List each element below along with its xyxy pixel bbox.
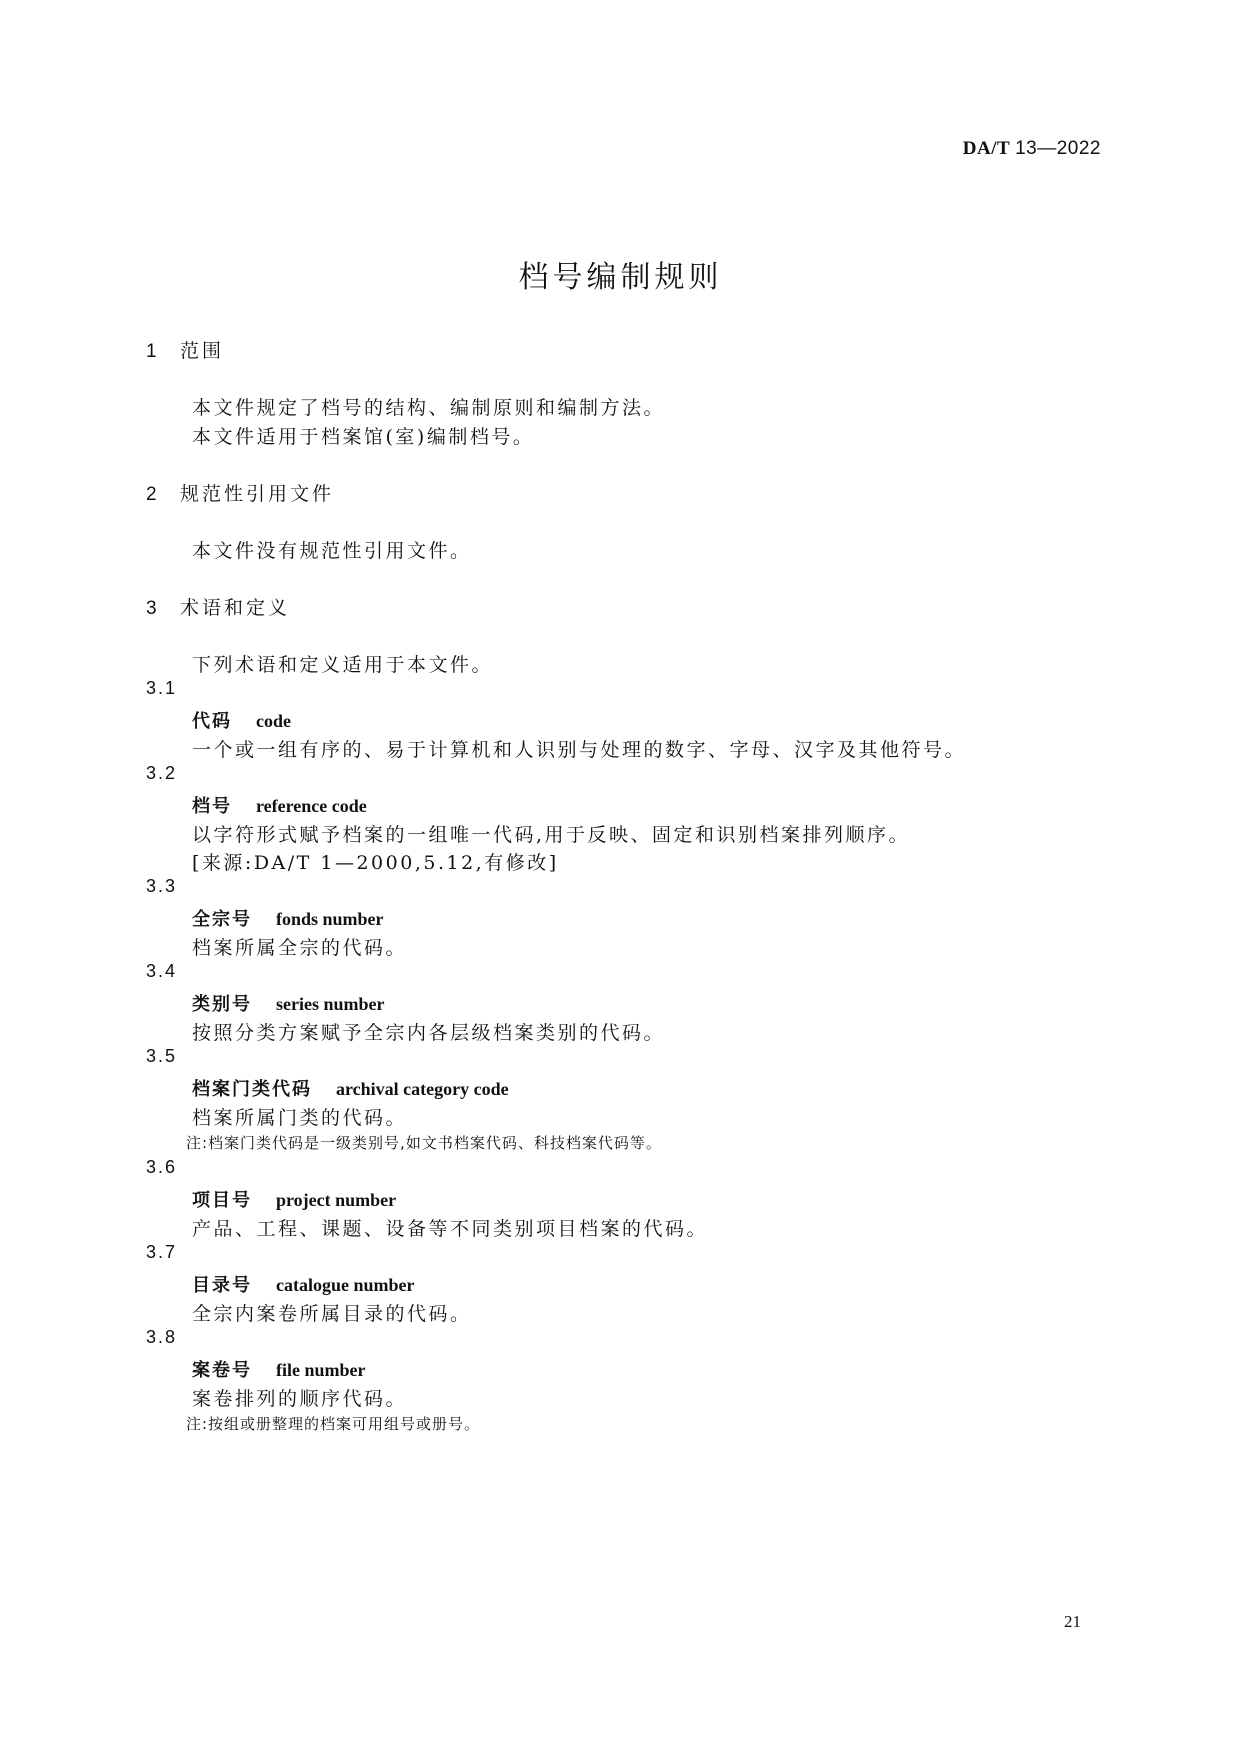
term-en: fonds number — [276, 909, 384, 929]
term-zh: 代码 — [192, 711, 232, 732]
section-title: 规范性引用文件 — [180, 483, 334, 505]
section-3-heading: 3术语和定义 — [146, 593, 290, 620]
term-definition: 产品、工程、课题、设备等不同类别项目档案的代码。 — [192, 1214, 708, 1241]
term-zh: 项目号 — [192, 1190, 252, 1211]
section-title: 范围 — [180, 340, 224, 362]
term-zh: 目录号 — [192, 1275, 252, 1296]
term-title: 档号reference code — [192, 792, 367, 818]
section-1-paragraph-1: 本文件规定了档号的结构、编制原则和编制方法。 — [192, 393, 665, 420]
term-number: 3.2 — [146, 763, 177, 784]
term-zh: 全宗号 — [192, 909, 252, 930]
section-number: 2 — [146, 484, 180, 506]
term-number: 3.3 — [146, 876, 177, 897]
section-2-paragraph-1: 本文件没有规范性引用文件。 — [192, 536, 472, 563]
term-definition: 档案所属门类的代码。 — [192, 1103, 407, 1130]
term-number: 3.6 — [146, 1157, 177, 1178]
term-number: 3.4 — [146, 961, 177, 982]
term-title: 全宗号fonds number — [192, 905, 384, 931]
term-number: 3.7 — [146, 1242, 177, 1263]
term-zh: 案卷号 — [192, 1360, 252, 1381]
term-number: 3.8 — [146, 1327, 177, 1348]
section-number: 1 — [146, 341, 180, 363]
term-zh: 档号 — [192, 796, 232, 817]
term-source: [来源:DA/T 1—2000,5.12,有修改] — [192, 848, 559, 875]
standard-prefix: DA/T — [963, 138, 1010, 159]
term-title: 目录号catalogue number — [192, 1271, 415, 1297]
term-number: 3.5 — [146, 1046, 177, 1067]
term-definition: 一个或一组有序的、易于计算机和人识别与处理的数字、字母、汉字及其他符号。 — [192, 735, 966, 762]
term-zh: 档案门类代码 — [192, 1079, 312, 1100]
term-zh: 类别号 — [192, 994, 252, 1015]
term-title: 案卷号file number — [192, 1356, 366, 1382]
term-definition: 全宗内案卷所属目录的代码。 — [192, 1299, 472, 1326]
term-number: 3.1 — [146, 678, 177, 699]
term-en: catalogue number — [276, 1275, 415, 1295]
term-title: 项目号project number — [192, 1186, 396, 1212]
term-definition: 档案所属全宗的代码。 — [192, 933, 407, 960]
term-note: 注:按组或册整理的档案可用组号或册号。 — [186, 1413, 480, 1434]
term-note: 注:档案门类代码是一级类别号,如文书档案代码、科技档案代码等。 — [186, 1132, 662, 1153]
standard-number: 13—2022 — [1015, 138, 1101, 159]
term-title: 类别号series number — [192, 990, 384, 1016]
term-definition: 案卷排列的顺序代码。 — [192, 1384, 407, 1411]
standard-code: DA/T 13—2022 — [963, 138, 1101, 160]
term-definition: 以字符形式赋予档案的一组唯一代码,用于反映、固定和识别档案排列顺序。 — [192, 820, 910, 847]
term-en: file number — [276, 1360, 366, 1380]
term-en: series number — [276, 994, 384, 1014]
term-en: reference code — [256, 796, 367, 816]
section-2-heading: 2规范性引用文件 — [146, 479, 334, 506]
section-number: 3 — [146, 598, 180, 620]
page-number: 21 — [1064, 1612, 1081, 1632]
document-page: DA/T 13—2022 档号编制规则 1范围 本文件规定了档号的结构、编制原则… — [0, 0, 1241, 1754]
section-1-heading: 1范围 — [146, 336, 224, 363]
section-title: 术语和定义 — [180, 597, 290, 619]
document-title: 档号编制规则 — [0, 252, 1241, 296]
term-title: 代码code — [192, 707, 291, 733]
term-title: 档案门类代码archival category code — [192, 1075, 509, 1101]
term-en: code — [256, 711, 291, 731]
term-definition: 按照分类方案赋予全宗内各层级档案类别的代码。 — [192, 1018, 665, 1045]
section-1-paragraph-2: 本文件适用于档案馆(室)编制档号。 — [192, 422, 534, 449]
section-3-paragraph-1: 下列术语和定义适用于本文件。 — [192, 650, 493, 677]
term-en: archival category code — [336, 1079, 509, 1099]
term-en: project number — [276, 1190, 396, 1210]
